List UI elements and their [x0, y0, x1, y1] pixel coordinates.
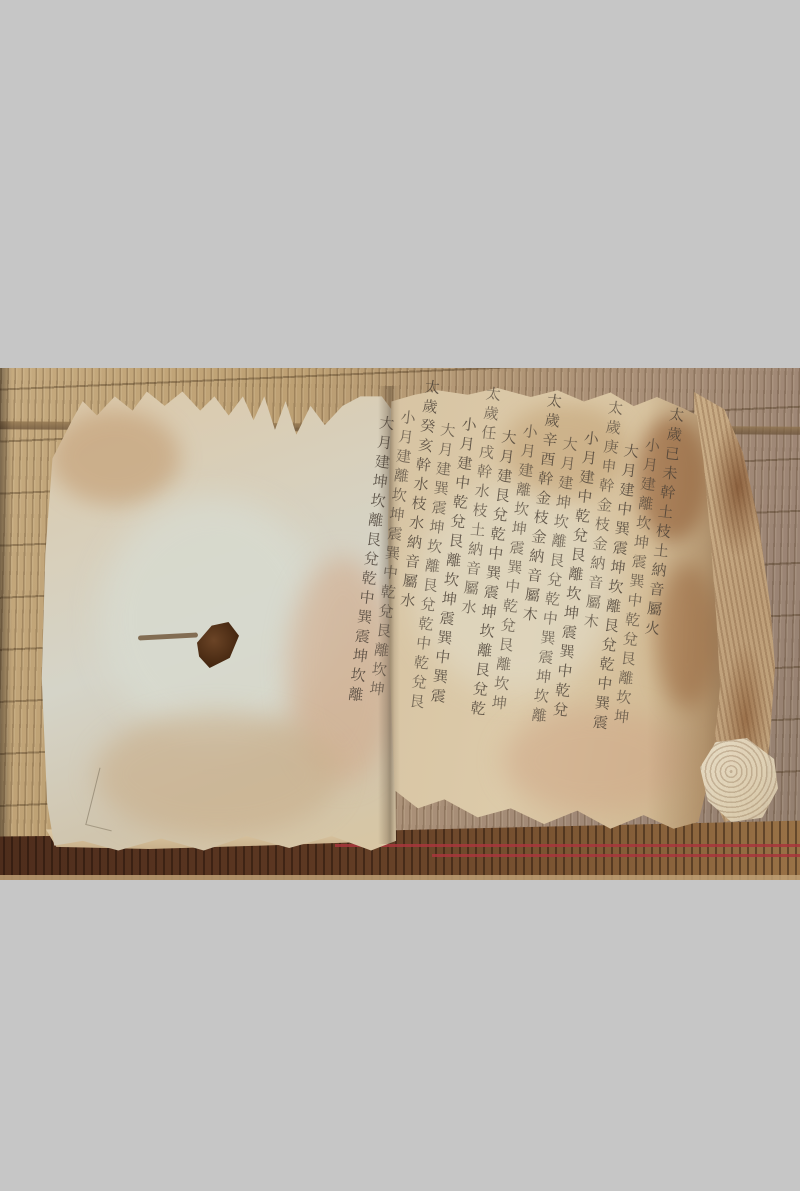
photo-edge-shadow	[0, 368, 12, 880]
left-page	[40, 382, 396, 860]
red-thread	[432, 854, 800, 857]
manuscript-columns: 太歲已未幹土枝土納音屬火小月建離坎坤震巽中乾兌艮離坎坤大月建中巽震坤坎離艮兌乾中…	[329, 373, 686, 818]
mat-edge-highlight	[0, 875, 800, 880]
red-thread	[335, 844, 800, 847]
water-stain	[95, 712, 340, 837]
photograph: 太歲已未幹土枝土納音屬火小月建離坎坤震巽中乾兌艮離坎坤大月建中巽震坤坎離艮兌乾中…	[0, 368, 800, 880]
page-background: 太歲已未幹土枝土納音屬火小月建離坎坤震巽中乾兌艮離坎坤大月建中巽震坤坎離艮兌乾中…	[0, 0, 800, 1191]
